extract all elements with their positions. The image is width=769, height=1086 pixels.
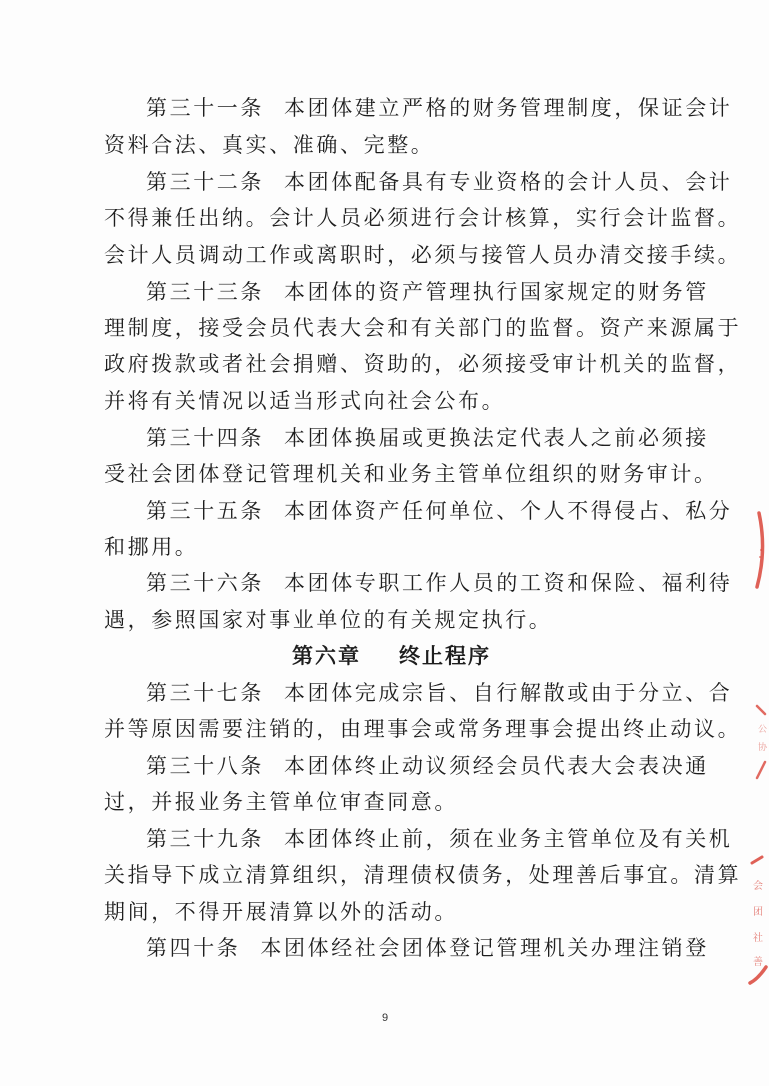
article-number: 第三十四条	[146, 423, 264, 453]
article-36-line-2: 遇，参照国家对事业单位的有关规定执行。	[104, 605, 664, 635]
article-34-line-1: 第三十四条本团体换届或更换法定代表人之前必须接	[146, 423, 706, 453]
article-31-line-1: 第三十一条本团体建立严格的财务管理制度，保证会计	[146, 93, 706, 123]
article-text: 本团体资产任何单位、个人不得侵占、私分	[284, 499, 732, 523]
svg-text:会: 会	[753, 879, 763, 892]
page-number: 9	[340, 1012, 430, 1024]
article-number: 第三十八条	[146, 751, 264, 781]
article-36-line-1: 第三十六条本团体专职工作人员的工资和保险、福利待	[146, 568, 706, 598]
article-text: 本团体建立严格的财务管理制度，保证会计	[284, 96, 732, 120]
article-number: 第四十条	[146, 933, 240, 963]
article-text: 本团体的资产管理执行国家规定的财务管	[284, 280, 709, 304]
chapter-title: 终止程序	[399, 644, 491, 668]
document-page: 第三十一条本团体建立严格的财务管理制度，保证会计 资料合法、真实、准确、完整。 …	[0, 0, 769, 1086]
article-38-line-1: 第三十八条本团体终止动议须经会员代表大会表决通	[146, 751, 706, 781]
article-39-line-1: 第三十九条本团体终止前，须在业务主管单位及有关机	[146, 824, 706, 854]
seal-stamp-fragment-icon	[745, 505, 769, 595]
article-text: 本团体完成宗旨、自行解散或由于分立、合	[284, 681, 732, 705]
seal-stamp-fragment-icon: 公 协	[745, 700, 769, 790]
article-35-line-1: 第三十五条本团体资产任何单位、个人不得侵占、私分	[146, 496, 706, 526]
svg-text:公: 公	[758, 724, 767, 735]
svg-text:协: 协	[758, 741, 768, 753]
article-33-line-1: 第三十三条本团体的资产管理执行国家规定的财务管	[146, 277, 706, 307]
article-40-line-1: 第四十条本团体经社会团体登记管理机关办理注销登	[146, 933, 706, 963]
article-32-line-1: 第三十二条本团体配备具有专业资格的会计人员、会计	[146, 167, 706, 197]
seal-stamp-fragment-icon: 会 团 社 善	[740, 855, 769, 995]
article-38-line-2: 过，并报业务主管单位审查同意。	[104, 787, 664, 817]
article-32-line-2: 不得兼任出纳。会计人员必须进行会计核算，实行会计监督。	[104, 203, 664, 233]
article-number: 第三十七条	[146, 678, 264, 708]
article-number: 第三十九条	[146, 824, 264, 854]
article-33-line-4: 并将有关情况以适当形式向社会公布。	[104, 386, 664, 416]
svg-text:社: 社	[753, 931, 763, 944]
article-33-line-3: 政府拨款或者社会捐赠、资助的，必须接受审计机关的监督，	[104, 349, 664, 379]
article-number: 第三十三条	[146, 277, 264, 307]
article-35-line-2: 和挪用。	[104, 532, 664, 562]
chapter-heading: 第六章终止程序	[292, 641, 769, 671]
article-39-line-2: 关指导下成立清算组织，清理债权债务，处理善后事宜。清算	[104, 860, 664, 890]
article-37-line-2: 并等原因需要注销的，由理事会或常务理事会提出终止动议。	[104, 714, 664, 744]
article-33-line-2: 理制度，接受会员代表大会和有关部门的监督。资产来源属于	[104, 313, 664, 343]
svg-text:团: 团	[753, 906, 763, 918]
article-32-line-3: 会计人员调动工作或离职时，必须与接管人员办清交接手续。	[104, 240, 664, 270]
article-number: 第三十六条	[146, 568, 264, 598]
article-37-line-1: 第三十七条本团体完成宗旨、自行解散或由于分立、合	[146, 678, 706, 708]
chapter-number: 第六章	[292, 641, 361, 671]
article-number: 第三十二条	[146, 167, 264, 197]
article-31-line-2: 资料合法、真实、准确、完整。	[104, 130, 664, 160]
article-39-line-3: 期间，不得开展清算以外的活动。	[104, 897, 664, 927]
article-text: 本团体专职工作人员的工资和保险、福利待	[284, 571, 732, 595]
svg-text:善: 善	[753, 956, 763, 968]
article-number: 第三十五条	[146, 496, 264, 526]
article-text: 本团体经社会团体登记管理机关办理注销登	[260, 936, 708, 960]
article-text: 本团体换届或更换法定代表人之前必须接	[284, 426, 709, 450]
article-34-line-2: 受社会团体登记管理机关和业务主管单位组织的财务审计。	[104, 459, 664, 489]
article-text: 本团体终止前，须在业务主管单位及有关机	[284, 827, 732, 851]
article-text: 本团体终止动议须经会员代表大会表决通	[284, 754, 709, 778]
article-number: 第三十一条	[146, 93, 264, 123]
article-text: 本团体配备具有专业资格的会计人员、会计	[284, 170, 732, 194]
